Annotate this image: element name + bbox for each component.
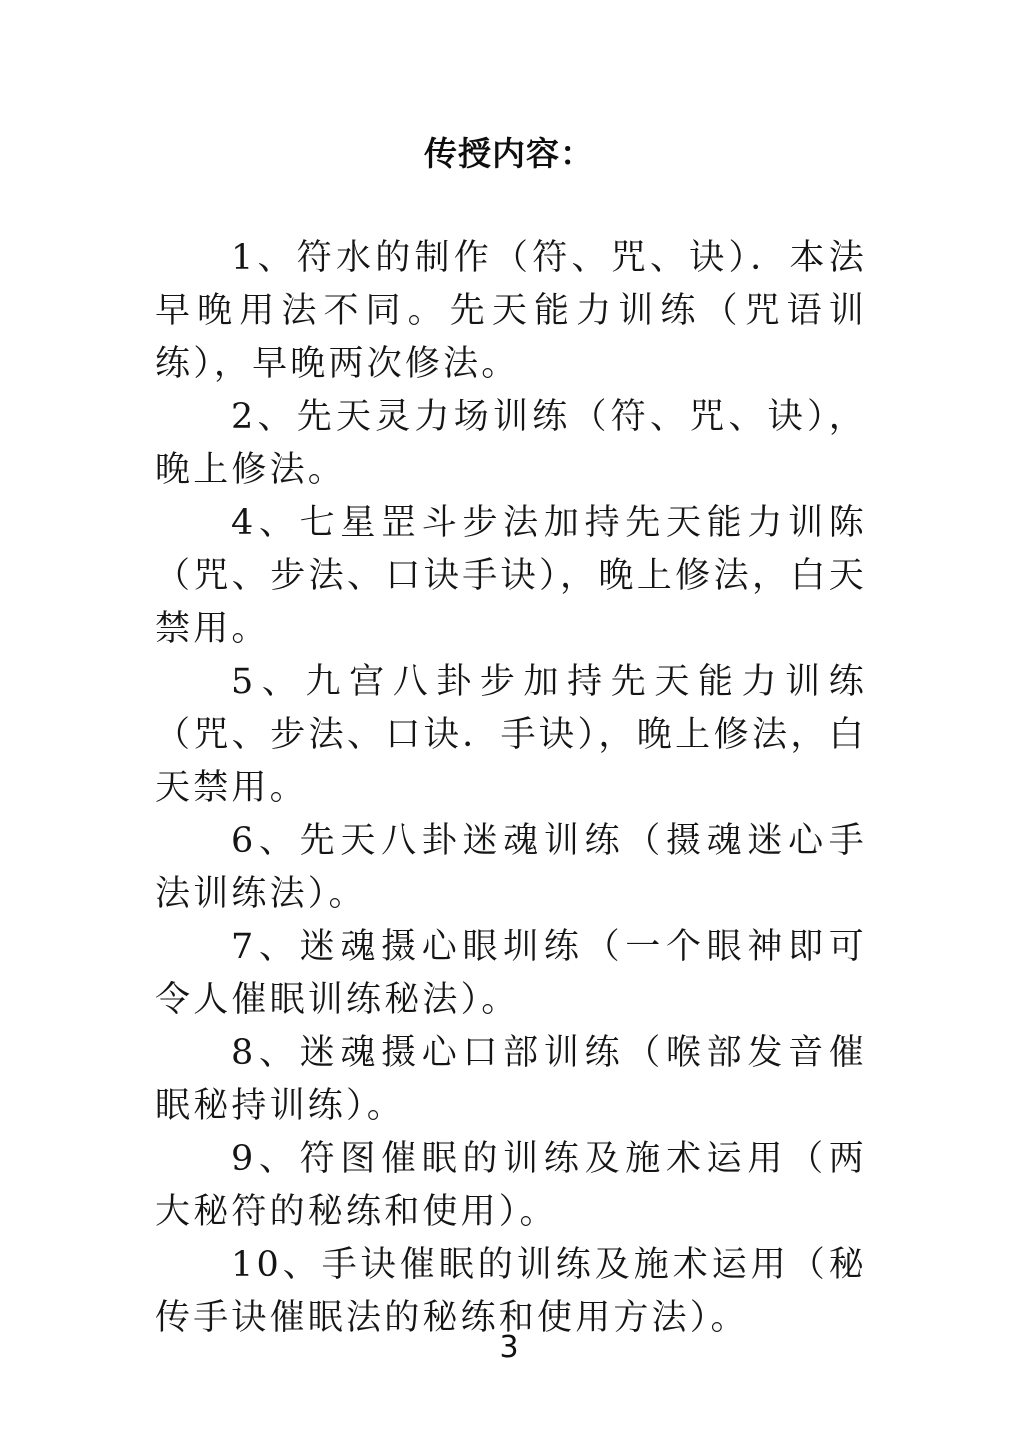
list-item: 4、七星罡斗步法加持先天能力训陈（咒、步法、口诀手诀），晚上修法，白天禁用。	[155, 497, 867, 656]
page-title: 传授内容：	[0, 128, 1018, 175]
list-item: 9、符图催眠的训练及施术运用（两大秘符的秘练和使用）。	[155, 1133, 867, 1239]
page-number: 3	[0, 1330, 1018, 1365]
list-item: 5、九宫八卦步加持先天能力训练（咒、步法、口诀．手诀），晚上修法，白天禁用。	[155, 656, 867, 815]
list-item: 7、迷魂摄心眼圳练（一个眼神即可令人催眠训练秘法）。	[155, 921, 867, 1027]
document-page: 传授内容： 1、符水的制作（符、咒、诀）．本法早晚用法不同。先天能力训练（咒语训…	[0, 0, 1018, 1440]
list-item: 8、迷魂摄心口部训练（喉部发音催眠秘持训练）。	[155, 1027, 867, 1133]
list-item: 1、符水的制作（符、咒、诀）．本法早晚用法不同。先天能力训练（咒语训练），早晚两…	[155, 232, 867, 391]
content-list: 1、符水的制作（符、咒、诀）．本法早晚用法不同。先天能力训练（咒语训练），早晚两…	[155, 232, 867, 1345]
list-item: 2、先天灵力场训练（符、咒、诀），晚上修法。	[155, 391, 867, 497]
list-item: 6、先天八卦迷魂训练（摄魂迷心手法训练法）。	[155, 815, 867, 921]
